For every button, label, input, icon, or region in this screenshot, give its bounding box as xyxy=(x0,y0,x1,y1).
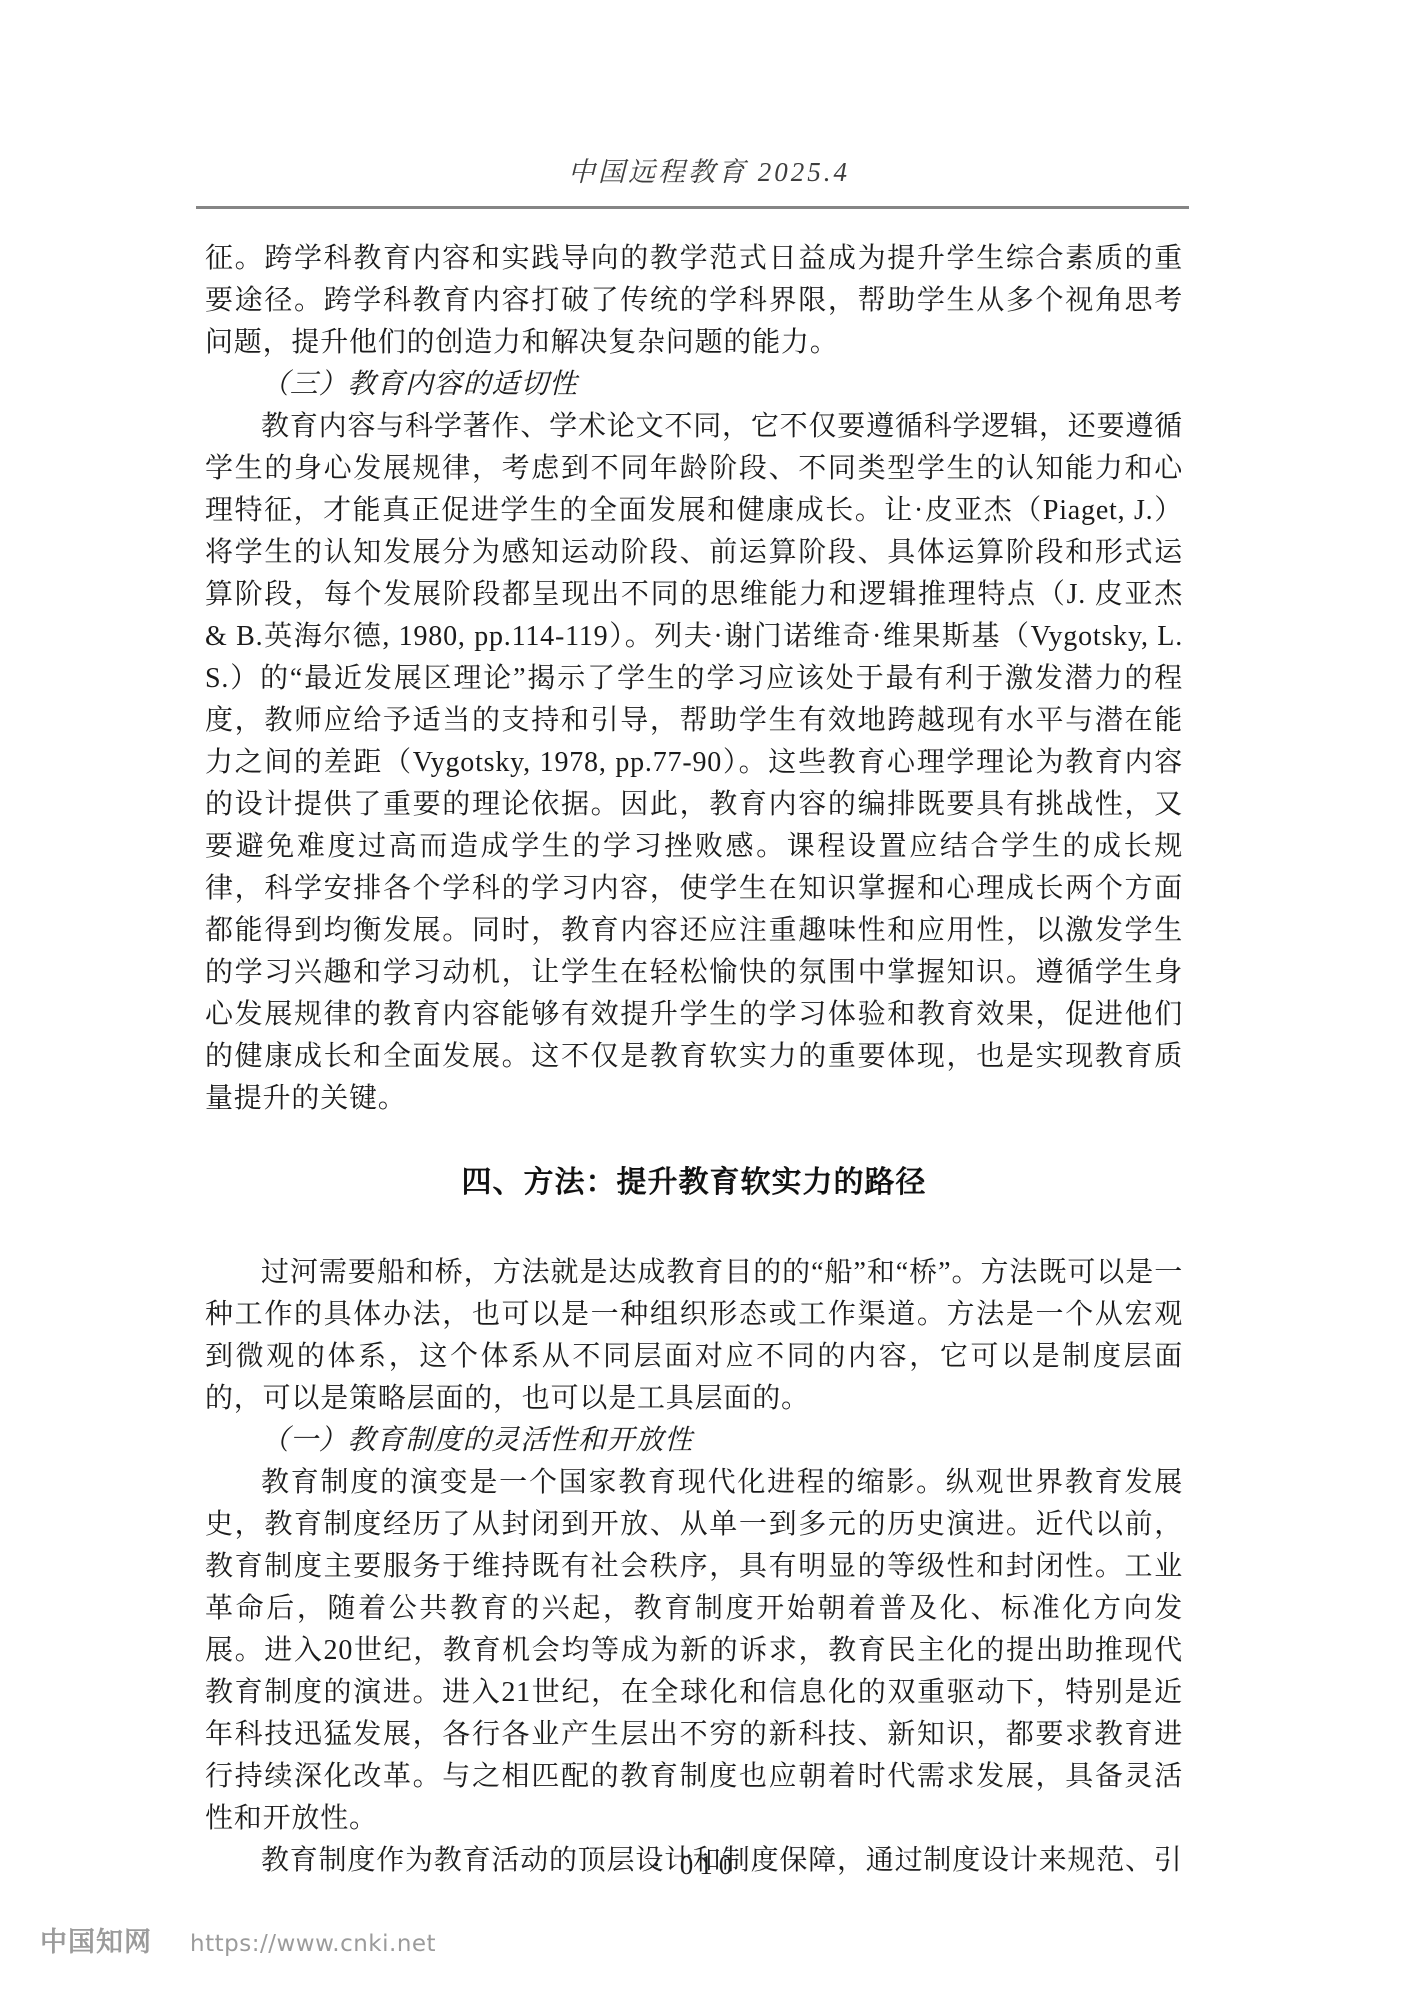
header-rule xyxy=(196,206,1189,209)
journal-header: 中国远程教育 2025.4 xyxy=(0,150,1418,189)
body-paragraph: 教育制度的演变是一个国家教育现代化进程的缩影。纵观世界教育发展史，教育制度经历了… xyxy=(205,1462,1183,1840)
document-page: 中国远程教育 2025.4 征。跨学科教育内容和实践导向的教学范式日益成为提升学… xyxy=(0,0,1418,2008)
page-number: · 010 · xyxy=(0,1850,1418,1881)
cnki-watermark: 中国知网 https://www.cnki.net xyxy=(40,1920,436,1959)
cnki-logo-text: 中国知网 xyxy=(40,1920,152,1959)
subsection-heading: （一）教育制度的灵活性和开放性 xyxy=(205,1420,1183,1462)
body-paragraph: 征。跨学科教育内容和实践导向的教学范式日益成为提升学生综合素质的重要途径。跨学科… xyxy=(205,238,1183,364)
subsection-heading: （三）教育内容的适切性 xyxy=(205,364,1183,406)
article-body: 征。跨学科教育内容和实践导向的教学范式日益成为提升学生综合素质的重要途径。跨学科… xyxy=(205,238,1183,1882)
body-paragraph: 教育内容与科学著作、学术论文不同，它不仅要遵循科学逻辑，还要遵循学生的身心发展规… xyxy=(205,406,1183,1120)
body-paragraph: 过河需要船和桥，方法就是达成教育目的的“船”和“桥”。方法既可以是一种工作的具体… xyxy=(205,1252,1183,1420)
cnki-url: https://www.cnki.net xyxy=(190,1931,436,1957)
section-heading: 四、方法：提升教育软实力的路径 xyxy=(205,1162,1183,1204)
